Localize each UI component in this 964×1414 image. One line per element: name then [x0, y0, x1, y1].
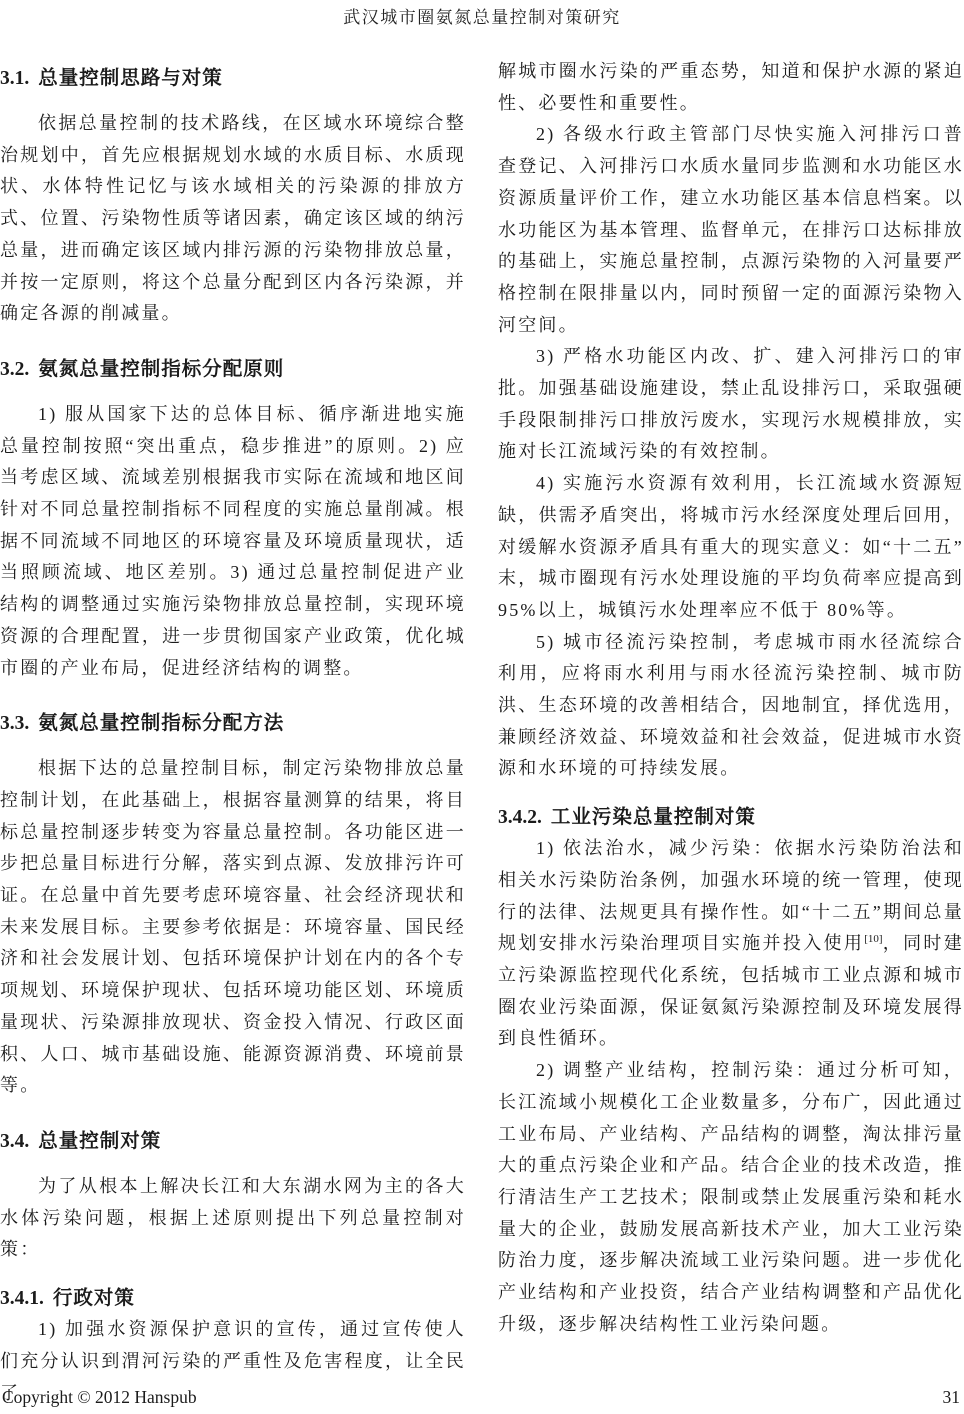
page-number: 31 [943, 1387, 961, 1408]
section-title: 总量控制对策 [38, 1130, 161, 1152]
body-paragraph: 1) 依法治水，减少污染：依据水污染防治法和相关水污染防治条例，加强水环境的统一… [498, 833, 964, 1055]
section-title: 总量控制思路与对策 [38, 67, 223, 89]
body-paragraph: 为了从根本上解决长江和大东湖水网为主的各大水体污染问题，根据上述原则提出下列总量… [0, 1171, 466, 1266]
body-paragraph: 1) 服从国家下达的总体目标、循序渐进地实施总量控制按照“突出重点，稳步推进”的… [0, 399, 466, 684]
section-number: 3.4.2. [498, 807, 542, 828]
section-number: 3.2. [0, 359, 29, 380]
citation-ref: [10] [864, 933, 882, 945]
subsection-heading: 3.4.2.工业污染总量控制对策 [498, 805, 964, 831]
body-paragraph: 根据下达的总量控制目标，制定污染物排放总量控制计划，在此基础上，根据容量测算的结… [0, 753, 466, 1102]
section-title: 工业污染总量控制对策 [551, 806, 756, 828]
section-heading: 3.4.总量控制对策 [0, 1129, 466, 1155]
section-title: 行政对策 [53, 1287, 135, 1309]
paper-page: 武汉城市圈氨氮总量控制对策研究 3.1.总量控制思路与对策依据总量控制的技术路线… [0, 0, 964, 1414]
subsection-heading: 3.4.1.行政对策 [0, 1286, 466, 1312]
body-paragraph: 解城市圈水污染的严重态势，知道和保护水源的紧迫性、必要性和重要性。 [498, 56, 964, 119]
section-heading: 3.2.氨氮总量控制指标分配原则 [0, 357, 466, 383]
page-footer: Copyright © 2012 Hanspub 31 [2, 1387, 960, 1408]
body-paragraph: 3) 严格水功能区内改、扩、建入河排污口的审批。加强基础设施建设，禁止乱设排污口… [498, 341, 964, 468]
two-column-body: 3.1.总量控制思路与对策依据总量控制的技术路线，在区域水环境综合整治规划中，首… [0, 56, 964, 1409]
section-number: 3.1. [0, 68, 29, 89]
body-paragraph: 依据总量控制的技术路线，在区域水环境综合整治规划中，首先应根据规划水域的水质目标… [0, 108, 466, 330]
body-paragraph: 2) 各级水行政主管部门尽快实施入河排污口普查登记、入河排污口水质水量同步监测和… [498, 119, 964, 341]
section-number: 3.3. [0, 713, 29, 734]
left-column: 3.1.总量控制思路与对策依据总量控制的技术路线，在区域水环境综合整治规划中，首… [0, 56, 466, 1409]
paper-title: 武汉城市圈氨氮总量控制对策研究 [343, 8, 621, 27]
section-heading: 3.1.总量控制思路与对策 [0, 66, 466, 92]
section-number: 3.4. [0, 1131, 29, 1152]
section-heading: 3.3.氨氮总量控制指标分配方法 [0, 711, 466, 737]
right-column: 解城市圈水污染的严重态势，知道和保护水源的紧迫性、必要性和重要性。2) 各级水行… [498, 56, 964, 1340]
section-title: 氨氮总量控制指标分配方法 [38, 712, 284, 734]
running-header: 武汉城市圈氨氮总量控制对策研究 [0, 0, 964, 28]
body-paragraph: 5) 城市径流污染控制，考虑城市雨水径流综合利用，应将雨水利用与雨水径流污染控制… [498, 627, 964, 786]
copyright-notice: Copyright © 2012 Hanspub [2, 1387, 197, 1408]
body-paragraph: 4) 实施污水资源有效利用，长江流域水资源短缺，供需矛盾突出，将城市污水经深度处… [498, 468, 964, 627]
section-number: 3.4.1. [0, 1288, 44, 1309]
body-paragraph: 2) 调整产业结构，控制污染：通过分析可知，长江流域小规模化工企业数量多，分布广… [498, 1055, 964, 1340]
section-title: 氨氮总量控制指标分配原则 [38, 358, 284, 380]
